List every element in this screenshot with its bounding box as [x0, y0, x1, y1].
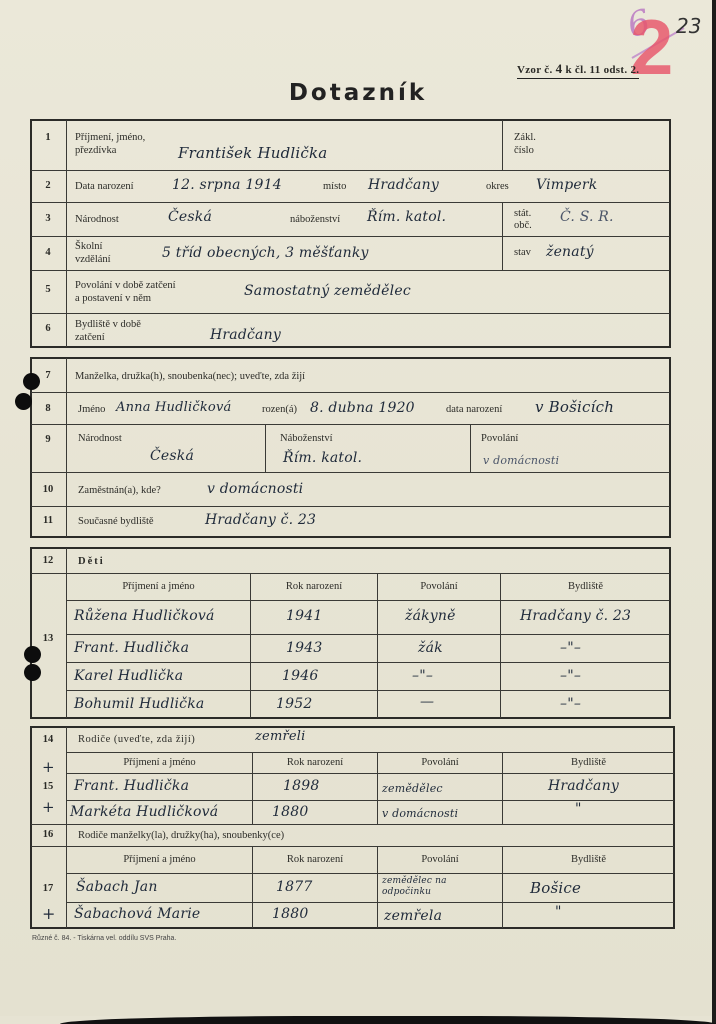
row-number: 15	[30, 781, 66, 792]
col-header-name: Příjmení a jméno	[67, 580, 250, 593]
row-divider	[31, 573, 670, 574]
col-header-occupation: Povolání	[378, 853, 502, 866]
label-education-line1: Školní	[75, 240, 102, 253]
child-name[interactable]: Karel Hudlička	[74, 668, 183, 684]
inlaw-residence[interactable]: "	[555, 904, 562, 920]
col-header-birth-year: Rok narození	[253, 756, 377, 769]
label-spouse-nationality: Národnost	[78, 432, 122, 445]
inlaw-residence[interactable]: Bošice	[530, 879, 581, 897]
col-header-birth-year: Rok narození	[251, 580, 377, 593]
punch-hole	[24, 664, 41, 681]
value-nationality[interactable]: Česká	[168, 209, 212, 225]
row-divider	[31, 313, 670, 314]
row-divider	[67, 902, 674, 903]
row-divider	[31, 170, 670, 171]
model-ref-suffix: k čl. 11 odst. 2.	[565, 64, 639, 76]
deceased-mark: +	[42, 758, 55, 776]
label-current-residence: Současné bydliště	[78, 515, 154, 528]
parents-title: Rodiče (uveďte, zda žijí)	[78, 733, 195, 746]
model-ref-number: 4	[556, 61, 563, 76]
parent-residence[interactable]: "	[575, 801, 582, 817]
inlaw-birth-year[interactable]: 1880	[272, 906, 308, 922]
col-divider	[470, 424, 471, 472]
parent-name[interactable]: Frant. Hudlička	[74, 778, 189, 794]
inlaw-name[interactable]: Šabachová Marie	[74, 906, 200, 922]
row-divider	[67, 690, 670, 691]
col-header-occupation: Povolání	[378, 756, 502, 769]
col-header-occupation: Povolání	[378, 580, 500, 593]
deceased-mark: +	[42, 904, 56, 923]
child-name[interactable]: Frant. Hudlička	[74, 640, 189, 656]
row-divider	[67, 634, 670, 635]
col-header-residence: Bydliště	[503, 756, 674, 769]
child-occupation[interactable]: žák	[418, 640, 443, 656]
row-divider	[31, 270, 670, 271]
value-residence[interactable]: Hradčany	[210, 327, 281, 343]
value-spouse-occupation[interactable]: v domácnosti	[483, 454, 559, 467]
num-column-divider	[66, 358, 67, 537]
label-birth-place: místo	[323, 180, 346, 193]
row-divider	[31, 846, 674, 847]
label-spouse-name: Jméno	[78, 403, 105, 416]
row-divider	[31, 424, 670, 425]
row-number: 2	[30, 180, 66, 191]
label-employed-where: Zaměstnán(a), kde?	[78, 484, 161, 497]
label-marital-status: stav	[514, 246, 531, 259]
row-number: 14	[30, 734, 66, 745]
col-divider	[502, 120, 503, 170]
inlaws-title: Rodiče manželky(la), družky(ha), snouben…	[78, 829, 284, 842]
value-spouse-nationality[interactable]: Česká	[150, 448, 194, 464]
row-number: 11	[30, 515, 66, 526]
label-nationality: Národnost	[75, 213, 119, 226]
row-number: 16	[30, 829, 66, 840]
row-divider	[67, 662, 670, 663]
label-base-number-line2: číslo	[514, 144, 534, 157]
row-divider	[67, 800, 674, 801]
row-divider	[31, 202, 670, 203]
label-residence-line1: Bydliště v době	[75, 318, 141, 331]
page-title: Dotazník	[0, 80, 716, 106]
scan-edge-bottom	[60, 1016, 716, 1024]
value-citizenship[interactable]: Č. S. R.	[560, 209, 614, 225]
form-model-reference: Vzor č. 4 k čl. 11 odst. 2.	[517, 61, 639, 79]
parent-birth-year[interactable]: 1880	[272, 804, 308, 820]
row-number: 6	[30, 323, 66, 334]
label-birth-date: Data narození	[75, 180, 134, 193]
page-number: 23	[676, 14, 701, 38]
value-spouse-name[interactable]: Anna Hudličková	[116, 400, 231, 415]
value-birth-place[interactable]: Hradčany	[368, 177, 439, 193]
row-divider	[67, 600, 670, 601]
value-education[interactable]: 5 tříd obecných, 3 měšťanky	[162, 245, 369, 261]
inlaw-occupation[interactable]: zemřela	[384, 908, 442, 924]
child-occupation[interactable]: —	[420, 694, 434, 710]
col-divider	[502, 202, 503, 270]
label-base-number-line1: Zákl.	[514, 131, 536, 144]
label-education-line2: vzdělání	[75, 253, 111, 266]
row-number: 1	[30, 132, 66, 143]
value-spouse-religion[interactable]: Řím. katol.	[283, 450, 362, 466]
row-divider	[31, 392, 670, 393]
scan-edge-right	[712, 0, 716, 1024]
label-residence-line2: zatčení	[75, 331, 105, 344]
value-current-residence[interactable]: Hradčany č. 23	[205, 512, 316, 528]
row-number: 17	[30, 883, 66, 894]
row-number: 13	[30, 633, 66, 644]
col-header-name: Příjmení a jméno	[67, 853, 252, 866]
row-number: 3	[30, 213, 66, 224]
col-divider	[500, 573, 501, 718]
punch-hole	[24, 646, 41, 663]
row-number: 4	[30, 247, 66, 258]
value-spouse-birth-place[interactable]: v Bošicích	[535, 398, 614, 416]
value-spouse-birth-date[interactable]: 8. dubna 1920	[310, 400, 415, 416]
child-name[interactable]: Bohumil Hudlička	[74, 696, 204, 712]
label-spouse-occupation: Povolání	[481, 432, 518, 445]
label-surname-line2: přezdívka	[75, 144, 116, 157]
row-number: 8	[30, 403, 66, 414]
inlaw-name[interactable]: Šabach Jan	[76, 879, 158, 895]
printer-footer: Různé č. 84. - Tiskárna vel. oddílu SVS …	[32, 935, 176, 942]
child-birth-year[interactable]: 1946	[282, 668, 318, 684]
parent-name[interactable]: Markéta Hudličková	[70, 804, 218, 820]
row-divider	[67, 773, 674, 774]
label-born: rozen(á)	[262, 403, 297, 416]
value-occupation[interactable]: Samostatný zemědělec	[244, 283, 411, 299]
inlaw-birth-year[interactable]: 1877	[276, 879, 312, 895]
row-divider	[31, 506, 670, 507]
parents-status[interactable]: zemřeli	[255, 729, 306, 744]
value-religion[interactable]: Řím. katol.	[367, 209, 446, 225]
row-divider	[67, 873, 674, 874]
child-birth-year[interactable]: 1943	[286, 640, 322, 656]
punch-hole	[23, 373, 40, 390]
parent-birth-year[interactable]: 1898	[283, 778, 319, 794]
row-divider	[31, 472, 670, 473]
label-religion: náboženství	[290, 213, 340, 226]
label-occupation-line1: Povolání v době zatčení	[75, 279, 176, 292]
value-employed-where[interactable]: v domácnosti	[207, 481, 303, 497]
row-divider	[31, 236, 670, 237]
label-birth-data: data narození	[446, 403, 502, 416]
col-header-residence: Bydliště	[501, 580, 670, 593]
col-divider	[250, 573, 251, 718]
row-divider	[67, 752, 674, 753]
children-title: Děti	[78, 555, 105, 568]
label-citizenship-line2: obč.	[514, 219, 532, 232]
parent-occupation[interactable]: zemědělec	[382, 782, 443, 795]
col-header-birth-year: Rok narození	[253, 853, 377, 866]
label-spouse-religion: Náboženství	[280, 432, 333, 445]
label-district: okres	[486, 180, 509, 193]
child-residence[interactable]: –"–	[560, 696, 581, 712]
row-number: 10	[30, 484, 66, 495]
col-divider	[265, 424, 266, 472]
deceased-mark: +	[42, 798, 55, 816]
row-number: 12	[30, 555, 66, 566]
parent-occupation[interactable]: v domácnosti	[382, 807, 458, 820]
value-birth-date[interactable]: 12. srpna 1914	[172, 177, 282, 193]
child-occupation[interactable]: žákyně	[405, 608, 456, 624]
child-residence[interactable]: –"–	[560, 668, 581, 684]
child-birth-year[interactable]: 1941	[286, 608, 322, 624]
col-divider	[377, 573, 378, 718]
row-number: 5	[30, 284, 66, 295]
label-surname-line1: Příjmení, jméno,	[75, 131, 145, 144]
label-spouse-header: Manželka, družka(h), snoubenka(nec); uve…	[75, 370, 305, 383]
label-occupation-line2: a postavení v něm	[75, 292, 151, 305]
col-header-residence: Bydliště	[503, 853, 674, 866]
section-spouse	[30, 357, 671, 538]
punch-hole	[15, 393, 32, 410]
child-name[interactable]: Růžena Hudličková	[74, 608, 215, 624]
child-birth-year[interactable]: 1952	[276, 696, 312, 712]
inlaw-occupation[interactable]: zemědělec na odpočinku	[382, 876, 492, 898]
child-residence[interactable]: –"–	[560, 640, 581, 656]
model-ref-prefix: Vzor č.	[517, 64, 553, 76]
value-full-name[interactable]: František Hudlička	[178, 144, 327, 162]
col-header-name: Příjmení a jméno	[67, 756, 252, 769]
value-district[interactable]: Vimperk	[536, 177, 597, 193]
row-divider	[31, 824, 674, 825]
child-residence[interactable]: Hradčany č. 23	[520, 608, 631, 624]
value-marital-status[interactable]: ženatý	[546, 244, 594, 260]
row-number: 9	[30, 434, 66, 445]
child-occupation[interactable]: –"–	[412, 668, 433, 684]
parent-residence[interactable]: Hradčany	[548, 778, 619, 794]
